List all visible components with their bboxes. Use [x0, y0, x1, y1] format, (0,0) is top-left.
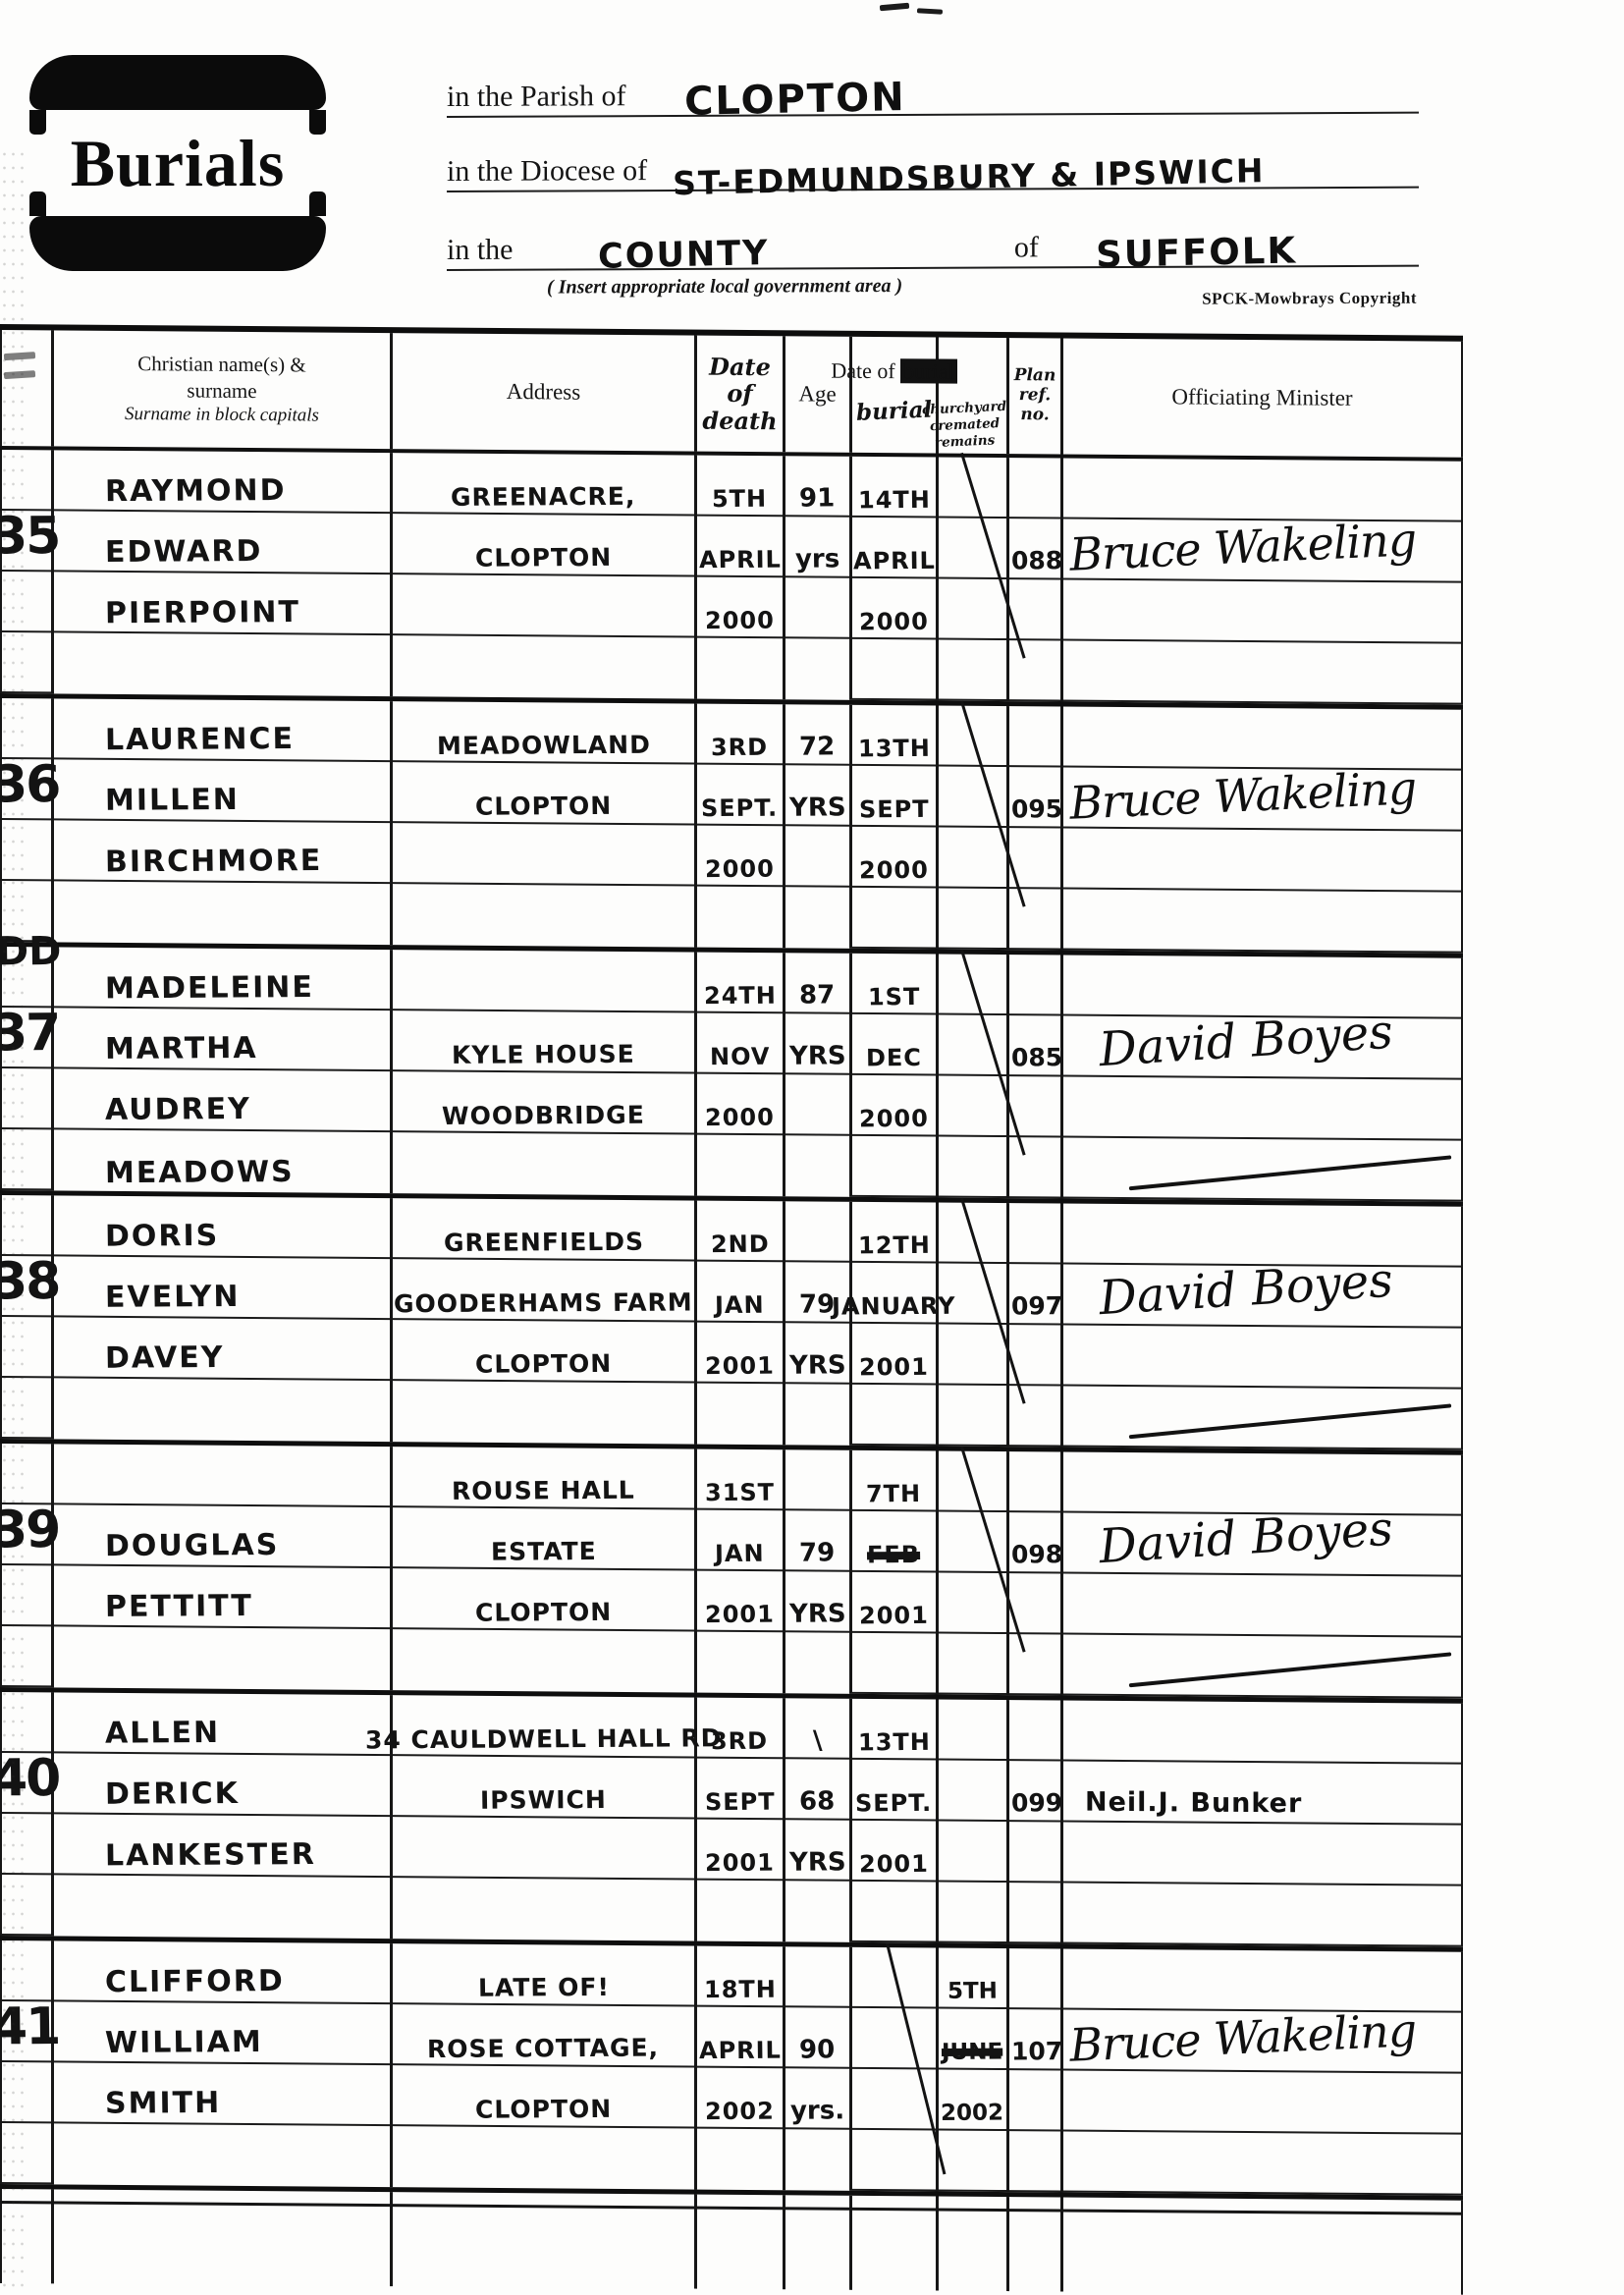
address-line: ROSE COTTAGE,	[427, 2036, 659, 2061]
age-line: \	[813, 1728, 823, 1754]
officiating-minister-cell: David Boyes	[1063, 1452, 1463, 1699]
burial-type-line: 5TH	[947, 1981, 998, 2003]
burial-date-line: 2001	[859, 1604, 929, 1627]
death-date-line: SEPT	[705, 1790, 776, 1814]
burial-date-line: 13TH	[857, 737, 930, 760]
burial-type-column-header: churchyard cremated remains	[939, 338, 1009, 455]
burial-date-line: 12TH	[857, 1233, 930, 1257]
copyright-note: SPCK-Mowbrays Copyright	[1202, 289, 1417, 309]
age-cell: 90 yrs.	[785, 1946, 852, 2191]
minister-header-label: Officiating Minister	[1171, 384, 1352, 410]
burial-date-line: 14TH	[857, 488, 930, 512]
name-line: CLIFFORD	[105, 1967, 285, 1997]
minister-column-header: Officiating Minister	[1063, 339, 1463, 458]
age-line: 68	[799, 1788, 836, 1814]
age-cell: \ 68 YRS	[785, 1698, 852, 1942]
burial-date-line: 2001	[859, 1355, 929, 1379]
burial-register-table: Christian name(s) & surname Surname in b…	[0, 324, 1463, 2295]
date-of-death-cell: 24TH NOV 2000	[697, 953, 785, 1197]
name-cell: DOUGLAS PETTITT	[54, 1444, 393, 1690]
name-line: PETTITT	[105, 1592, 253, 1622]
entry-margin-cell: 35	[0, 450, 54, 693]
burial-date-line: 2001	[859, 1852, 929, 1876]
plan-ref-cell: 098	[1009, 1451, 1063, 1695]
county-label: in the	[447, 236, 514, 269]
entry-margin-cell: 39	[0, 1444, 54, 1687]
date-of-burial-cell: 7TH FEB 2001	[852, 1450, 939, 1695]
scan-smudge	[4, 370, 35, 379]
name-cell: MADELEINE MARTHA AUDREY MEADOWS	[54, 947, 393, 1193]
burial-type-cell	[939, 1451, 1009, 1696]
plan-header-line: Plan	[1014, 367, 1056, 385]
plan-ref-value: 099	[1011, 1790, 1063, 1815]
burial-type-cell	[939, 1700, 1009, 1944]
death-date-line: 2001	[705, 1851, 775, 1875]
plan-ref-cell: 088	[1009, 458, 1063, 701]
address-line: CLOPTON	[475, 545, 613, 571]
burial-register-page: Burials in the Parish of CLOPTON in the …	[0, 0, 1624, 2295]
name-line: DAVEY	[105, 1343, 225, 1374]
death-date-line: 3RD	[711, 1729, 768, 1753]
minister-signature: Neil.J. Bunker	[1085, 1787, 1302, 1820]
entry-margin-cell: 36 DD	[0, 698, 54, 942]
address-cell: GREENFIELDS GOODERHAMS FARM CLOPTON	[393, 1198, 697, 1444]
age-line: yrs	[795, 546, 840, 572]
officiating-minister-cell: Bruce Wakeling	[1063, 707, 1463, 954]
name-line: MADELEINE	[105, 973, 314, 1004]
plan-ref-value: 088	[1011, 548, 1063, 573]
address-line: ROUSE HALL	[452, 1478, 635, 1503]
date-of-death-cell: 3RD SEPT 2001	[697, 1698, 785, 1942]
name-line: MARTHA	[105, 1034, 258, 1065]
plan-ref-value: 107	[1011, 2039, 1063, 2063]
death-date-line: APRIL	[698, 548, 781, 573]
name-line: EDWARD	[105, 537, 263, 568]
death-date-line: 2002	[705, 2100, 775, 2123]
plan-header-line: no.	[1020, 407, 1049, 424]
date-of-burial-cell: 12TH JANUARY 2001	[852, 1202, 939, 1447]
address-cell: MEADOWLAND CLOPTON	[393, 701, 697, 947]
scan-smudge	[4, 352, 35, 360]
death-date-line: 2001	[705, 1603, 775, 1626]
burial-type-cell	[939, 955, 1009, 1199]
entry-number: 38	[0, 1256, 60, 1307]
death-header-line: death	[702, 408, 777, 433]
address-line: GOODERHAMS FARM	[394, 1289, 693, 1316]
date-of-burial-cell: 13TH SEPT. 2001	[852, 1699, 939, 1943]
name-line: ALLEN	[105, 1719, 220, 1749]
death-date-line: SEPT.	[701, 796, 778, 820]
address-line: MEADOWLAND	[436, 733, 650, 758]
logo-bracket-top	[29, 55, 326, 110]
address-line: CLOPTON	[475, 1600, 613, 1625]
address-line: GREENACRE,	[451, 484, 636, 510]
burial-type-cell	[939, 458, 1009, 702]
age-line: YRS	[789, 794, 846, 820]
name-header-line: Christian name(s) &	[137, 353, 305, 377]
entry-margin-cell: 38	[0, 1195, 54, 1439]
entry-margin-cell: 37	[0, 947, 54, 1190]
address-column-header: Address	[393, 333, 697, 451]
name-line: SMITH	[105, 2089, 222, 2119]
address-cell: LATE OF! ROSE COTTAGE, CLOPTON	[393, 1943, 697, 2189]
address-header-label: Address	[507, 379, 580, 406]
age-cell: 79 YRS	[785, 1449, 852, 1694]
officiating-minister-cell: David Boyes	[1063, 1204, 1463, 1450]
burial-date-line: 7TH	[866, 1482, 921, 1505]
address-line: CLOPTON	[475, 793, 613, 819]
register-entry: 41 CLIFFORD WILLIAM SMITH LATE OF! ROSE …	[0, 1940, 1463, 2201]
date-of-death-cell: 5TH APRIL 2000	[697, 456, 785, 700]
register-entry: 35 RAYMOND EDWARD PIERPOINT GREENACRE, C…	[0, 450, 1463, 710]
age-cell: 87 YRS	[785, 953, 852, 1197]
entry-number: 35	[0, 511, 60, 562]
death-date-line: 5TH	[712, 487, 767, 511]
plan-ref-value: 095	[1011, 796, 1063, 821]
age-line: yrs.	[790, 2098, 844, 2123]
date-of-burial-cell: 1ST DEC 2000	[852, 954, 939, 1198]
plan-ref-cell: 085	[1009, 955, 1063, 1198]
plan-header-line: ref.	[1019, 387, 1051, 405]
address-line: WOODBRIDGE	[442, 1103, 645, 1128]
age-line: 87	[799, 982, 836, 1008]
register-entries: 35 RAYMOND EDWARD PIERPOINT GREENACRE, C…	[0, 450, 1463, 2201]
register-header: Burials in the Parish of CLOPTON in the …	[0, 0, 1624, 324]
burial-date-line: 13TH	[857, 1730, 930, 1754]
name-line: BIRCHMORE	[105, 847, 323, 877]
date-of-burial-cell: 13TH SEPT 2000	[852, 705, 939, 950]
burial-date-line: FEB	[867, 1543, 920, 1566]
county-area-value: COUNTY	[597, 237, 769, 275]
age-header-label: Age	[798, 381, 836, 407]
death-date-line: 2ND	[710, 1232, 769, 1256]
address-line: GREENFIELDS	[443, 1229, 643, 1255]
burial-type-line: 2002	[941, 2103, 1003, 2125]
name-cell: LAURENCE MILLEN BIRCHMORE	[54, 698, 393, 945]
name-line: PIERPOINT	[105, 598, 300, 628]
name-header-subnote: Surname in block capitals	[125, 404, 319, 427]
name-line: MEADOWS	[105, 1158, 295, 1188]
age-line: YRS	[789, 1849, 846, 1875]
officiating-minister-cell: Bruce Wakeling	[1063, 459, 1463, 705]
age-line: 91	[799, 485, 836, 511]
death-date-line: 2000	[705, 857, 775, 881]
register-entry: 36 DD LAURENCE MILLEN BIRCHMORE MEADOWLA…	[0, 698, 1463, 958]
death-header-line: of	[727, 381, 752, 406]
register-entry: 37 MADELEINE MARTHA AUDREY MEADOWS KYLE …	[0, 947, 1463, 1207]
age-line: YRS	[789, 1352, 846, 1378]
name-line: RAYMOND	[105, 476, 287, 507]
plan-ref-value: 097	[1011, 1293, 1063, 1318]
page-title: Burials	[71, 125, 286, 202]
address-cell: ROUSE HALL ESTATE CLOPTON	[393, 1447, 697, 1692]
death-date-line: 2000	[705, 609, 775, 632]
death-date-line: JAN	[715, 1542, 765, 1565]
entry-margin-cell: 40	[0, 1692, 54, 1936]
burial-date-line: SEPT.	[855, 1791, 932, 1815]
burial-header-dateof: Date of	[831, 358, 894, 384]
insert-note: ( Insert appropriate local government ar…	[547, 275, 902, 300]
age-line: YRS	[789, 1043, 846, 1068]
type-header-line: remains	[935, 434, 996, 452]
name-line: AUDREY	[105, 1095, 251, 1125]
address-line: ESTATE	[490, 1539, 596, 1564]
name-cell: ALLEN DERICK LANKESTER	[54, 1692, 393, 1939]
plan-ref-value: 098	[1011, 1542, 1063, 1566]
age-cell: 91 yrs	[785, 456, 852, 700]
county-line: in the COUNTY of SUFFOLK	[447, 189, 1419, 271]
name-cell: DORIS EVELYN DAVEY	[54, 1195, 393, 1442]
diocese-line: in the Diocese of ST-EDMUNDSBURY & IPSWI…	[447, 114, 1419, 192]
burial-date-line: APRIL	[852, 549, 935, 574]
officiating-minister-cell: Neil.J. Bunker	[1063, 1701, 1463, 1947]
plan-ref-cell: 097	[1009, 1203, 1063, 1447]
death-date-line: JAN	[715, 1293, 765, 1317]
address-cell: KYLE HOUSE WOODBRIDGE	[393, 950, 697, 1195]
burial-date-line: 2000	[859, 858, 929, 882]
name-line: LAURENCE	[105, 725, 295, 755]
name-column-header: Christian name(s) & surname Surname in b…	[54, 330, 393, 449]
age-line: 90	[799, 2037, 836, 2062]
empty-partial-row	[0, 2189, 1463, 2295]
entry-number: 41	[0, 2001, 60, 2052]
date-of-burial-column-header: Date of burial burial	[852, 337, 939, 454]
register-entry: 39 DOUGLAS PETTITT ROUSE HALL ESTATE CLO…	[0, 1444, 1463, 1704]
address-line: CLOPTON	[475, 1351, 613, 1377]
burial-date-line: 2000	[859, 610, 929, 633]
death-date-line: NOV	[710, 1045, 771, 1068]
age-column-header: Age	[785, 336, 852, 453]
name-line: EVELYN	[105, 1283, 241, 1313]
burial-type-line: JUNE	[942, 2042, 1003, 2064]
entry-number-note: DD	[0, 932, 62, 971]
name-line: DORIS	[105, 1222, 220, 1252]
plan-ref-cell: 095	[1009, 706, 1063, 950]
death-date-line: 3RD	[711, 736, 768, 759]
burial-date-line: SEPT	[859, 797, 930, 821]
address-line: LATE OF!	[477, 1975, 609, 2000]
age-cell: 79 YRS	[785, 1201, 852, 1446]
name-line: DOUGLAS	[105, 1531, 280, 1561]
header-fill-in-lines: in the Parish of CLOPTON in the Diocese …	[447, 35, 1419, 312]
date-of-death-cell: 31ST JAN 2001	[697, 1449, 785, 1694]
entry-number: 39	[0, 1504, 60, 1556]
burial-date-line: 2000	[859, 1107, 929, 1130]
burial-date-line: DEC	[866, 1046, 922, 1069]
date-of-death-cell: 2ND JAN 2001	[697, 1201, 785, 1446]
plan-ref-cell: 107	[1009, 1948, 1063, 2192]
parish-label: in the Parish of	[447, 82, 625, 116]
officiating-minister-cell: David Boyes	[1063, 956, 1463, 1202]
entry-number: 40	[0, 1753, 60, 1804]
burial-date-line: JANUARY	[832, 1294, 956, 1319]
plan-ref-value: 085	[1011, 1045, 1063, 1069]
date-of-death-cell: 3RD SEPT. 2000	[697, 704, 785, 949]
date-of-death-column-header: Date of death	[697, 336, 785, 453]
death-date-line: 24TH	[703, 984, 776, 1008]
address-line: KYLE HOUSE	[452, 1042, 635, 1067]
death-date-line: 2000	[705, 1106, 775, 1129]
parish-line: in the Parish of CLOPTON	[447, 35, 1419, 118]
county-name-value: SUFFOLK	[1096, 232, 1298, 272]
entry-margin-cell: 41	[0, 1940, 54, 2184]
death-header-line: Date	[709, 355, 771, 380]
address-line: IPSWICH	[480, 1787, 607, 1813]
name-cell: CLIFFORD WILLIAM SMITH	[54, 1940, 393, 2187]
age-line: YRS	[789, 1601, 846, 1626]
death-date-line: APRIL	[698, 2039, 781, 2063]
address-line: CLOPTON	[475, 2097, 613, 2122]
name-line: LANKESTER	[105, 1840, 316, 1871]
plan-ref-column-header: Plan ref. no.	[1009, 338, 1063, 454]
entry-number: 36	[0, 759, 60, 810]
logo-bracket-bottom	[29, 216, 326, 271]
margin-header-cell	[0, 330, 54, 446]
address-cell: 34 CAULDWELL HALL RD IPSWICH	[393, 1695, 697, 1940]
age-cell: 72 YRS	[785, 704, 852, 949]
burials-logo: Burials	[29, 55, 326, 271]
name-header-line: surname	[187, 378, 256, 403]
name-cell: RAYMOND EDWARD PIERPOINT	[54, 450, 393, 696]
burial-type-cell	[939, 706, 1009, 951]
entry-number: 37	[0, 1008, 60, 1059]
burial-type-cell	[939, 1203, 1009, 1448]
name-line: MILLEN	[105, 786, 240, 816]
plan-ref-cell: 099	[1009, 1700, 1063, 1943]
address-cell: GREENACRE, CLOPTON	[393, 453, 697, 698]
name-line: DERICK	[105, 1779, 240, 1810]
header-subrow: ( Insert appropriate local government ar…	[447, 273, 1419, 312]
date-of-burial-cell: 14TH APRIL 2000	[852, 457, 939, 701]
death-date-line: 18TH	[703, 1978, 776, 2001]
burial-type-cell: 5TH JUNE 2002	[939, 1948, 1009, 2193]
register-entry: 40 ALLEN DERICK LANKESTER 34 CAULDWELL H…	[0, 1692, 1463, 1952]
of-label: of	[1014, 233, 1039, 266]
officiating-minister-cell: Bruce Wakeling	[1063, 1949, 1463, 2196]
death-date-line: 2001	[705, 1354, 775, 1378]
age-line: 79	[799, 1291, 836, 1317]
name-line: WILLIAM	[105, 2028, 263, 2058]
age-line: 72	[799, 734, 836, 759]
address-line: 34 CAULDWELL HALL RD	[365, 1725, 723, 1752]
table-header-row: Christian name(s) & surname Surname in b…	[0, 324, 1463, 462]
burial-date-line: 1ST	[868, 985, 921, 1009]
date-of-burial-cell	[852, 1947, 939, 2192]
diocese-label: in the Diocese of	[447, 156, 647, 191]
age-line: 79	[799, 1540, 836, 1565]
date-of-death-cell: 18TH APRIL 2002	[697, 1946, 785, 2191]
death-date-line: 31ST	[705, 1481, 775, 1504]
register-entry: 38 DORIS EVELYN DAVEY GREENFIELDS GOODER…	[0, 1195, 1463, 1455]
